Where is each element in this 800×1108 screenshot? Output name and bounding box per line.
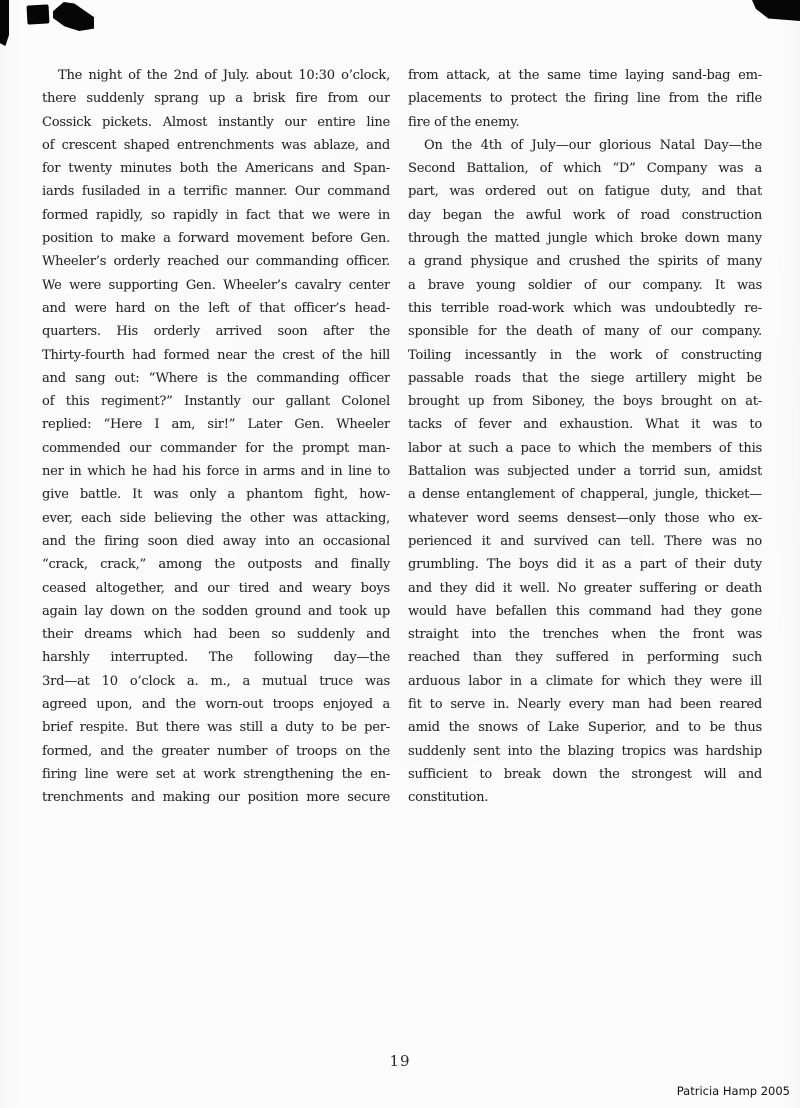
text-line: this terrible road-work which was undoub… (408, 297, 762, 320)
text-line: there suddenly sprang up a brisk fire fr… (42, 87, 390, 110)
text-line: and they did it well. No greater sufferi… (408, 577, 762, 600)
text-line: ner in which he had his force in arms an… (42, 460, 390, 483)
text-line: formed, and the greater number of troops… (42, 740, 390, 763)
text-line: placements to protect the firing line fr… (408, 87, 762, 110)
text-line: a brave young soldier of our company. It… (408, 274, 762, 297)
text-line: give battle. It was only a phantom fight… (42, 483, 390, 506)
text-line: would have befallen this command had the… (408, 600, 762, 623)
paragraph: from attack, at the same time laying san… (408, 64, 762, 134)
text-line: ceased altogether, and our tired and wea… (42, 577, 390, 600)
text-line: fire of the enemy. (408, 111, 762, 134)
text-line: harshly interrupted. The following day—t… (42, 646, 390, 669)
text-line: The night of the 2nd of July. about 10:3… (42, 64, 390, 87)
text-line: for twenty minutes both the Americans an… (42, 157, 390, 180)
text-line: brief respite. But there was still a dut… (42, 716, 390, 739)
text-line: perienced it and survived can tell. Ther… (408, 530, 762, 553)
text-line: Second Battalion, of which “D” Company w… (408, 157, 762, 180)
text-line: tacks of fever and exhaustion. What it w… (408, 413, 762, 436)
text-line: 3rd—at 10 o’clock a. m., a mutual truce … (42, 670, 390, 693)
text-line: labor at such a pace to which the member… (408, 437, 762, 460)
text-line: again lay down on the sodden ground and … (42, 600, 390, 623)
text-line: suddenly sent into the blazing tropics w… (408, 740, 762, 763)
text-line: Wheeler’s orderly reached our commanding… (42, 250, 390, 273)
page-number: 19 (0, 1052, 800, 1070)
text-line: from attack, at the same time laying san… (408, 64, 762, 87)
text-line: “crack, crack,” among the outposts and f… (42, 553, 390, 576)
text-line: iards fusiladed in a terrific manner. Ou… (42, 180, 390, 203)
text-line: sufficient to break down the strongest w… (408, 763, 762, 786)
watermark-credit: Patricia Hamp 2005 (677, 1084, 790, 1098)
text-line: part, was ordered out on fatigue duty, a… (408, 180, 762, 203)
scan-artifact-top-left-mark (27, 4, 50, 24)
text-line: commended our commander for the prompt m… (42, 437, 390, 460)
text-line: Toiling incessantly in the work of const… (408, 344, 762, 367)
text-line: whatever word seems densest—only those w… (408, 507, 762, 530)
scanned-book-page: The night of the 2nd of July. about 10:3… (0, 0, 800, 1108)
text-line: fit to serve in. Nearly every man had be… (408, 693, 762, 716)
scan-artifact-top-right-mark (752, 0, 800, 21)
text-line: arduous labor in a climate for which the… (408, 670, 762, 693)
paragraph: On the 4th of July—our glorious Natal Da… (408, 134, 762, 810)
text-line: of this regiment?” Instantly our gallant… (42, 390, 390, 413)
text-line: their dreams which had been so suddenly … (42, 623, 390, 646)
text-line: of crescent shaped entrenchments was abl… (42, 134, 390, 157)
text-line: sponsible for the death of many of our c… (408, 320, 762, 343)
text-line: We were supporting Gen. Wheeler’s cavalr… (42, 274, 390, 297)
text-line: a grand physique and crushed the spirits… (408, 250, 762, 273)
text-line: replied: “Here I am, sir!” Later Gen. Wh… (42, 413, 390, 436)
text-line: passable roads that the siege artillery … (408, 367, 762, 390)
left-column: The night of the 2nd of July. about 10:3… (42, 64, 390, 810)
text-line: position to make a forward movement befo… (42, 227, 390, 250)
text-line: firing line were set at work strengtheni… (42, 763, 390, 786)
text-line: Battalion was subjected under a torrid s… (408, 460, 762, 483)
text-line: through the matted jungle which broke do… (408, 227, 762, 250)
text-line: a dense entanglement of chapperal, jungl… (408, 483, 762, 506)
text-line: and sang out: “Where is the commanding o… (42, 367, 390, 390)
text-line: agreed upon, and the worn-out troops enj… (42, 693, 390, 716)
text-line: formed rapidly, so rapidly in fact that … (42, 204, 390, 227)
text-line: ever, each side believing the other was … (42, 507, 390, 530)
text-line: day began the awful work of road constru… (408, 204, 762, 227)
text-line: grumbling. The boys did it as a part of … (408, 553, 762, 576)
text-line: amid the snows of Lake Superior, and to … (408, 716, 762, 739)
text-line: trenchments and making our position more… (42, 786, 390, 809)
scan-artifact-top-left-blob (53, 2, 94, 31)
text-line: quarters. His orderly arrived soon after… (42, 320, 390, 343)
right-column: from attack, at the same time laying san… (408, 64, 762, 810)
scan-artifact-left-edge-bar (0, 0, 9, 46)
text-line: and were hard on the left of that office… (42, 297, 390, 320)
text-line: Cossick pickets. Almost instantly our en… (42, 111, 390, 134)
text-line: constitution. (408, 786, 762, 809)
text-line: reached than they suffered in performing… (408, 646, 762, 669)
text-line: and the firing soon died away into an oc… (42, 530, 390, 553)
paragraph: The night of the 2nd of July. about 10:3… (42, 64, 390, 810)
text-line: On the 4th of July—our glorious Natal Da… (408, 134, 762, 157)
text-line: brought up from Siboney, the boys brough… (408, 390, 762, 413)
text-line: Thirty-fourth had formed near the crest … (42, 344, 390, 367)
text-line: straight into the trenches when the fron… (408, 623, 762, 646)
